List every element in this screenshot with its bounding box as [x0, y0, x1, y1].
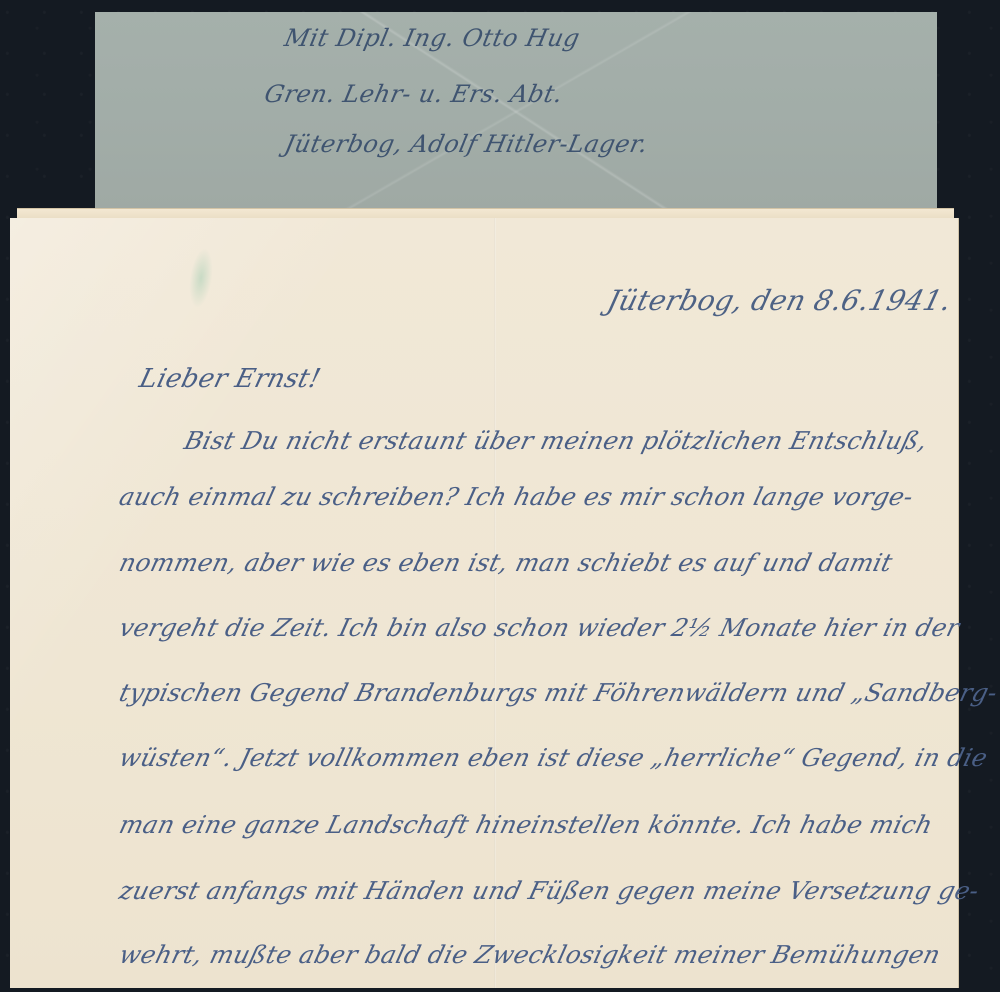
envelope-sender-location: Jüterbog, Adolf Hitler-Lager.: [282, 130, 651, 158]
letter-line: man eine ganze Landschaft hineinstellen …: [116, 810, 935, 839]
letter-line: wehrt, mußte aber bald die Zwecklosigkei…: [116, 940, 943, 969]
envelope-sender-unit: Gren. Lehr- u. Ers. Abt.: [262, 80, 566, 108]
envelope: Mit Dipl. Ing. Otto Hug Gren. Lehr- u. E…: [95, 12, 937, 212]
letter-line: wüsten“. Jetzt vollkommen eben ist diese…: [116, 743, 990, 772]
letter-line: Bist Du nicht erstaunt über meinen plötz…: [181, 426, 930, 455]
letter-line: zuerst anfangs mit Händen und Füßen gege…: [116, 876, 982, 905]
letter-fold-crease: [494, 218, 496, 988]
letter-line: vergeht die Zeit. Ich bin also schon wie…: [116, 613, 962, 642]
letter-place-date: Jüterbog, den 8.6.1941.: [604, 284, 955, 317]
envelope-sender-name: Mit Dipl. Ing. Otto Hug: [282, 24, 583, 52]
letter-sheet: Jüterbog, den 8.6.1941. Lieber Ernst! Bi…: [10, 218, 959, 988]
letter-line: nommen, aber wie es eben ist, man schieb…: [116, 548, 895, 577]
letter-salutation: Lieber Ernst!: [136, 364, 323, 394]
letter-line: auch einmal zu schreiben? Ich habe es mi…: [116, 482, 916, 511]
green-stain-mark: [186, 247, 216, 309]
letter-line: typischen Gegend Brandenburgs mit Föhren…: [116, 678, 1000, 707]
